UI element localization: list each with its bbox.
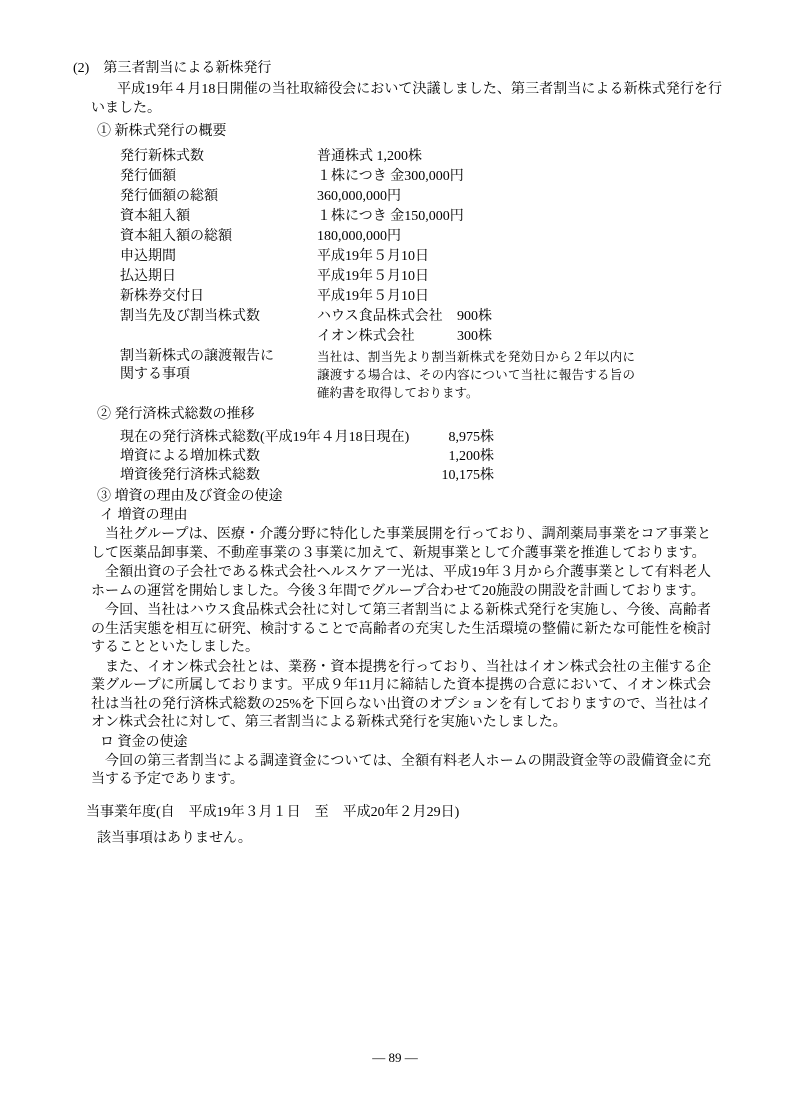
row-value: 当社は、割当先より割当新株式を発効日から２年以内に譲渡する場合は、その内容につい… [317,348,635,402]
row-label: 新株券交付日 [120,288,317,305]
row-label: 増資後発行済株式総数 [120,467,260,484]
row-label: 発行新株式数 [120,148,317,165]
row-value: 平成19年５月10日 [317,248,429,265]
row-value: 平成19年５月10日 [317,288,429,305]
row-value: 10,175株 [442,467,495,484]
use-of-funds-heading: ロ 資金の使途 [100,734,790,752]
reason-paragraph: 今回、当社はハウス食品株式会社に対して第三者割当による新株式発行を実施し、今後、… [91,602,711,658]
row-label: 発行価額 [120,168,317,185]
table-row: 資本組入額の総額 180,000,000円 [120,228,790,245]
row-value: １株につき 金300,000円 [317,168,464,185]
row-label: 払込期日 [120,268,317,285]
shares-outstanding-heading: ② 発行済株式総数の推移 [97,406,790,424]
table-row: 増資による増加株式数 1,200株 [120,448,494,465]
section-heading: (2) 第三者割当による新株発行 [73,60,790,78]
allotment-row: イオン株式会社 300株 [120,328,790,345]
allottee-name: イオン株式会社 [317,328,415,345]
table-row: 資本組入額 １株につき 金150,000円 [120,208,790,225]
row-value: 8,975株 [449,429,495,446]
section-intro-paragraph: 平成19年４月18日開催の当社取締役会において決議しました、第三者割当による新株… [91,81,722,118]
row-value: 1,200株 [449,448,495,465]
page-number: ― 89 ― [0,1050,790,1066]
row-label: 申込期間 [120,248,317,265]
reason-heading: イ 増資の理由 [100,507,790,525]
reason-paragraph: 全額出資の子会社である株式会社ヘルスケア一光は、平成19年３月から介護事業として… [91,564,711,601]
table-row: 現在の発行済株式総数(平成19年４月18日現在) 8,975株 [120,429,494,446]
row-label: 割当新株式の譲渡報告に関する事項 [120,348,276,384]
allottee-entry: イオン株式会社 300株 [317,328,492,345]
row-label: 発行価額の総額 [120,188,317,205]
reason-paragraph: また、イオン株式会社とは、業務・資本提携を行っており、当社はイオン株式会社の主催… [91,659,711,733]
transfer-report-row: 割当新株式の譲渡報告に関する事項 当社は、割当先より割当新株式を発効日から２年以… [120,348,790,402]
table-row: 発行価額 １株につき 金300,000円 [120,168,790,185]
row-label: 現在の発行済株式総数(平成19年４月18日現在) [120,429,409,446]
row-value: １株につき 金150,000円 [317,208,464,225]
row-label: 資本組入額 [120,208,317,225]
allottee-shares: 900株 [457,308,492,325]
capital-increase-heading: ③ 増資の理由及び資金の使途 [97,488,790,506]
row-value: 180,000,000円 [317,228,401,245]
row-value: 平成19年５月10日 [317,268,429,285]
table-row: 発行価額の総額 360,000,000円 [120,188,790,205]
row-value: 普通株式 1,200株 [317,148,422,165]
row-label: 増資による増加株式数 [120,448,260,465]
overview-table: 発行新株式数 普通株式 1,200株 発行価額 １株につき 金300,000円 … [0,148,790,402]
overview-heading: ① 新株式発行の概要 [97,123,790,141]
row-label: 割当先及び割当株式数 [120,308,317,325]
shares-outstanding-table: 現在の発行済株式総数(平成19年４月18日現在) 8,975株 増資による増加株… [0,429,790,484]
fiscal-year-note: 該当事項はありません。 [97,830,790,848]
document-page: (2) 第三者割当による新株発行 平成19年４月18日開催の当社取締役会において… [0,0,790,1118]
allottee-name: ハウス食品株式会社 [317,308,443,325]
table-row: 増資後発行済株式総数 10,175株 [120,467,494,484]
allottee-entry: ハウス食品株式会社 900株 [317,308,492,325]
allotment-row: 割当先及び割当株式数 ハウス食品株式会社 900株 [120,308,790,325]
table-row: 払込期日 平成19年５月10日 [120,268,790,285]
table-row: 発行新株式数 普通株式 1,200株 [120,148,790,165]
row-label: 資本組入額の総額 [120,228,317,245]
table-row: 申込期間 平成19年５月10日 [120,248,790,265]
use-of-funds-paragraph: 今回の第三者割当による調達資金については、全額有料老人ホームの開設資金等の設備資… [91,753,711,790]
fiscal-year-period: 当事業年度(自 平成19年３月１日 至 平成20年２月29日) [86,804,790,822]
reason-paragraph: 当社グループは、医療・介護分野に特化した事業展開を行っており、調剤薬局事業をコア… [91,526,711,563]
table-row: 新株券交付日 平成19年５月10日 [120,288,790,305]
row-label-wrap: 割当新株式の譲渡報告に関する事項 [120,348,317,402]
row-label-empty [120,328,317,345]
row-value: 360,000,000円 [317,188,401,205]
allottee-shares: 300株 [457,328,492,345]
